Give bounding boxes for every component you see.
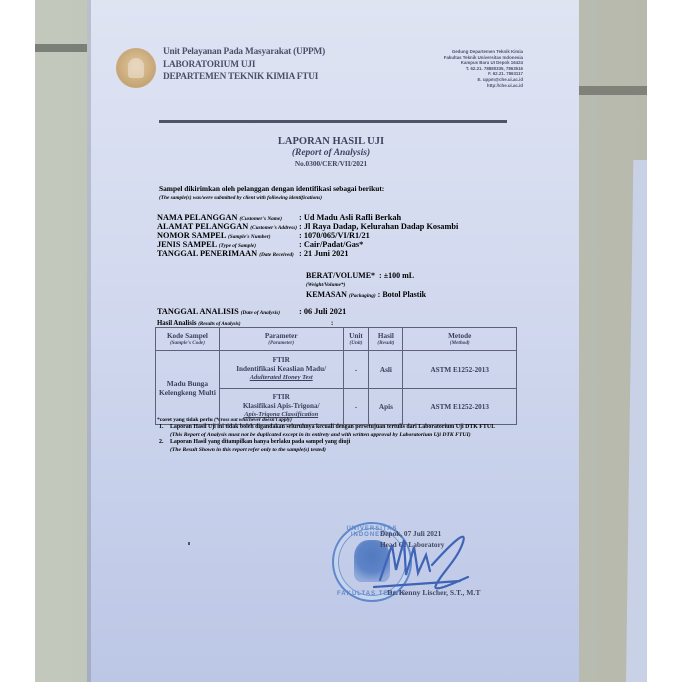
- analysis-date: TANGGAL ANALISIS (Date of Analysis) : 06…: [157, 307, 280, 316]
- intro-text: Sampel dikirimkan oleh pelanggan dengan …: [159, 184, 384, 202]
- intro-id: Sampel dikirimkan oleh pelanggan dengan …: [159, 184, 384, 194]
- header-divider: [159, 120, 507, 123]
- weight-row: BERAT/VOLUME* : ±100 mL: [306, 271, 426, 281]
- result-cell: Asli: [369, 351, 403, 389]
- results-label: Hasil Analisis: [157, 320, 196, 327]
- org-line: Unit Pelayanan Pada Masyarakat (UPPM): [163, 46, 325, 59]
- col-header-unit: Unit(Unit): [343, 328, 369, 351]
- report-title: LAPORAN HASIL UJI (Report of Analysis) N…: [200, 136, 462, 168]
- results-table: Kode Sampel(Sample's Code) Parameter(Par…: [155, 327, 517, 425]
- footnotes: *coret yang tidak perlu (*cross out whic…: [157, 417, 522, 454]
- analysis-date-label: TANGGAL ANALISIS: [157, 307, 239, 316]
- organization-header: Unit Pelayanan Pada Masyarakat (UPPM) LA…: [163, 46, 325, 84]
- intro-en: (The sample(s) was/were submitted by cli…: [159, 194, 384, 202]
- packaging-row: KEMASAN (Packaging) : Botol Plastik: [306, 290, 426, 301]
- sample-code-cell: Madu Bunga Kelengkeng Multi: [156, 351, 220, 425]
- org-line: DEPARTEMEN TEKNIK KIMIA FTUI: [163, 71, 325, 84]
- unit-cell: -: [343, 351, 369, 389]
- field-value: : 21 Juni 2021: [299, 249, 349, 258]
- note-item: 2. Laporan Hasil yang ditampilkan hanya …: [157, 439, 522, 454]
- makara-ui-logo-icon: [116, 48, 156, 88]
- paper-edge-shadow: [87, 0, 91, 682]
- signature-scribble-icon: [370, 525, 480, 595]
- col-header-sample-code: Kode Sampel(Sample's Code): [156, 328, 220, 351]
- org-line: LABORATORIUM UJI: [163, 59, 325, 72]
- table-row: Madu Bunga Kelengkeng Multi FTIR Indenti…: [156, 351, 517, 389]
- strike-note: *coret yang tidak perlu (*cross out whic…: [157, 417, 522, 424]
- table-header-row: Kode Sampel(Sample's Code) Parameter(Par…: [156, 328, 517, 351]
- field-value: : Cair/Padat/Gas*: [299, 240, 363, 249]
- col-header-result: Hasil(Result): [369, 328, 403, 351]
- weight-value: : ±100 mL: [379, 271, 414, 280]
- wall-tile-groove: [35, 44, 90, 52]
- title-main: LAPORAN HASIL UJI: [200, 136, 462, 148]
- packaging-label: KEMASAN: [306, 290, 347, 299]
- field-label: NOMOR SAMPEL: [157, 231, 226, 240]
- field-label-en: (Date Received): [259, 252, 294, 258]
- method-cell: ASTM E1252-2013: [403, 351, 517, 389]
- note-item: 1. Laporan Hasil Uji ini tidak boleh dig…: [157, 424, 522, 439]
- signer-name: Dr. Kenny Lischer, S.T., M.T: [387, 588, 480, 597]
- address-line: http://che.ui.ac.id: [437, 83, 523, 89]
- field-value: : Jl Raya Dadap, Kelurahan Dadap Kosambi: [299, 222, 458, 231]
- wall-tile-groove: [577, 86, 647, 95]
- results-heading: Hasil Analisis (Results of Analysis) :: [157, 320, 241, 327]
- parameter-cell: FTIR Indentifikasi Keaslian Madu/ Adulte…: [219, 351, 343, 389]
- field-label: TANGGAL PENERIMAAN: [157, 249, 257, 258]
- field-label: ALAMAT PELANGGAN: [157, 222, 248, 231]
- weight-label-en: (Weight/Volume*): [306, 281, 426, 290]
- report-number: No.0300/CER/VII/2021: [200, 159, 462, 168]
- address-block: Gedung Departemen Teknik Kimia Fakultas …: [437, 49, 523, 88]
- packaging-value: : Botol Plastik: [378, 290, 426, 299]
- analysis-date-label-en: (Date of Analysis): [241, 310, 280, 316]
- field-label: JENIS SAMPEL: [157, 240, 217, 249]
- field-label: NAMA PELANGGAN: [157, 213, 237, 222]
- field-value: : Ud Madu Asli Rafli Berkah: [299, 213, 401, 222]
- results-colon: :: [331, 320, 333, 327]
- col-header-method: Metode(Method): [403, 328, 517, 351]
- packaging-label-en: (Packaging): [349, 293, 376, 299]
- analysis-date-value: : 06 Juli 2021: [299, 307, 346, 316]
- weight-label: BERAT/VOLUME*: [306, 271, 375, 280]
- weight-packaging: BERAT/VOLUME* : ±100 mL (Weight/Volume*)…: [306, 271, 426, 301]
- col-header-parameter: Parameter(Parameter): [219, 328, 343, 351]
- field-value: : 1070/065/VI/R1/21: [299, 231, 370, 240]
- paper-speck: [188, 542, 190, 545]
- title-sub: (Report of Analysis): [200, 148, 462, 159]
